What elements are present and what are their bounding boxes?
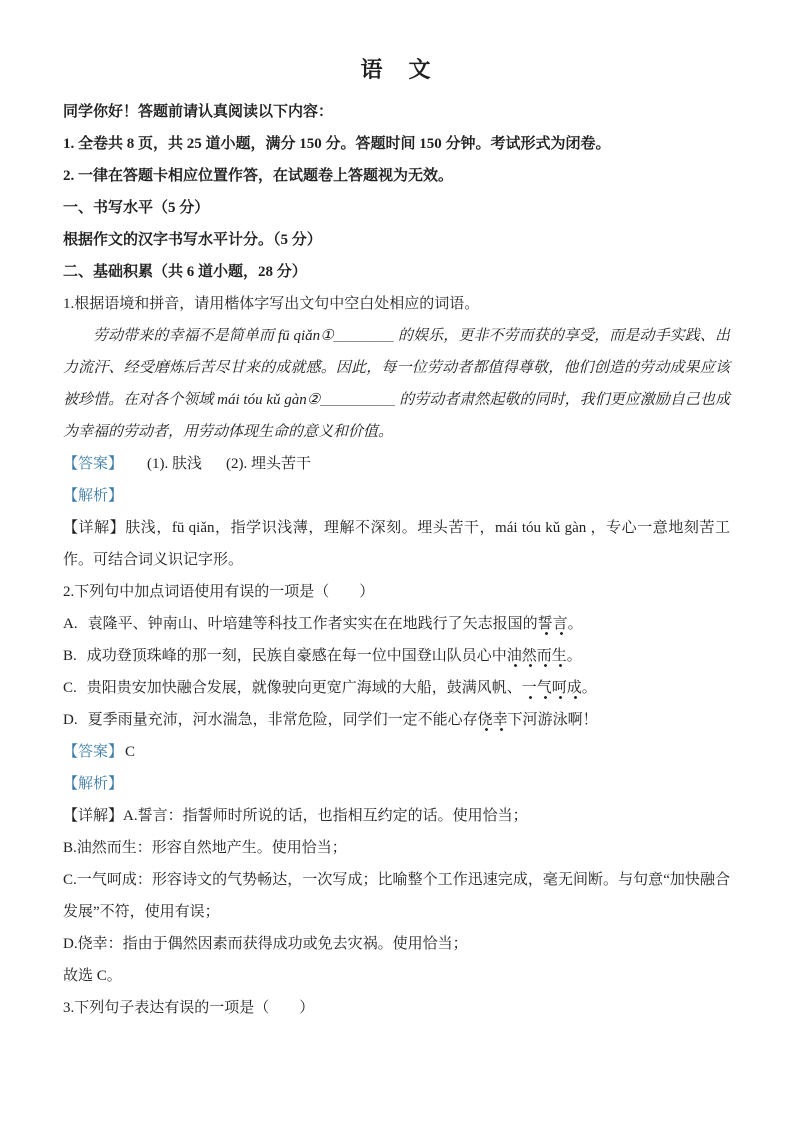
question-2-stem: 2.下列句中加点词语使用有误的一项是（ ） <box>63 576 730 608</box>
answer-label: 【答案】 <box>63 744 123 760</box>
section-writing-body: 根据作文的汉字书写水平计分。（5 分） <box>63 224 730 256</box>
question-2-option-a: A.袁隆平、钟南山、叶培建等科技工作者实实在在地践行了矢志报国的誓言。 <box>63 608 730 640</box>
notice-item-2: 2. 一律在答题卡相应位置作答，在试题卷上答题视为无效。 <box>63 160 730 192</box>
analysis-label: 【解析】 <box>63 776 123 792</box>
question-1-passage: 劳动带来的幸福不是简单而 fū qiǎn①＿＿＿＿ 的娱乐，更非不劳而获的享受，… <box>63 320 730 448</box>
question-3-stem: 3.下列句子表达有误的一项是（ ） <box>63 992 730 1024</box>
question-1-answer-line: 【答案】(1). 肤浅(2). 埋头苦干 <box>63 448 730 480</box>
notice-intro: 同学你好！答题前请认真阅读以下内容： <box>63 96 730 128</box>
option-emphasized-word: 一气呵成 <box>522 680 582 700</box>
question-2-detail-b: B.油然而生：形容自然地产生。使用恰当； <box>63 832 730 864</box>
option-text: 袁隆平、钟南山、叶培建等科技工作者实实在在地践行了矢志报国的 <box>88 616 538 632</box>
option-text: 贵阳贵安加快融合发展，就像驶向更宽广海域的大船，鼓满风帆、 <box>87 680 522 696</box>
question-2-detail-a: 【详解】A.誓言：指誓师时所说的话，也指相互约定的话。使用恰当； <box>63 800 730 832</box>
option-letter: A. <box>63 616 78 632</box>
answer-item-1: (1). 肤浅 <box>147 456 202 472</box>
section-foundation-heading: 二、基础积累（共 6 道小题，28 分） <box>63 256 730 288</box>
option-emphasized-word: 油然而生 <box>507 648 567 668</box>
exam-paper-page: 语 文 同学你好！答题前请认真阅读以下内容： 1. 全卷共 8 页，共 25 道… <box>0 0 793 1122</box>
answer-value: C <box>125 744 135 760</box>
question-2-option-c: C.贵阳贵安加快融合发展，就像驶向更宽广海域的大船，鼓满风帆、一气呵成。 <box>63 672 730 704</box>
option-letter: D. <box>63 712 78 728</box>
option-text-post: 。 <box>568 616 583 632</box>
option-letter: B. <box>63 648 77 664</box>
section-writing-heading: 一、书写水平（5 分） <box>63 192 730 224</box>
question-2-detail-d: D.侥幸：指由于偶然因素而获得成功或免去灾祸。使用恰当； <box>63 928 730 960</box>
question-1-stem: 1.根据语境和拼音，请用楷体字写出文句中空白处相应的词语。 <box>63 288 730 320</box>
option-text: 夏季雨量充沛，河水湍急，非常危险，同学们一定不能心存 <box>88 712 478 728</box>
option-text-post: 。 <box>582 680 597 696</box>
question-2-analysis-label: 【解析】 <box>63 768 730 800</box>
answer-item-2: (2). 埋头苦干 <box>226 456 311 472</box>
question-2-detail-c: C.一气呵成：形容诗文的气势畅达，一次写成；比喻整个工作迅速完成，毫无间断。与句… <box>63 864 730 928</box>
question-2-answer-line: 【答案】C <box>63 736 730 768</box>
answer-label: 【答案】 <box>63 456 123 472</box>
analysis-label: 【解析】 <box>63 488 123 504</box>
fill-in-blank-2: ＿＿＿＿＿ <box>320 392 395 408</box>
notice-item-1: 1. 全卷共 8 页，共 25 道小题，满分 150 分。答题时间 150 分钟… <box>63 128 730 160</box>
option-text: 成功登顶珠峰的那一刻，民族自豪感在每一位中国登山队员心中 <box>87 648 507 664</box>
question-2-option-b: B.成功登顶珠峰的那一刻，民族自豪感在每一位中国登山队员心中油然而生。 <box>63 640 730 672</box>
option-emphasized-word: 誓言 <box>538 616 568 636</box>
question-1-detail: 【详解】肤浅，fū qiǎn，指学识浅薄，理解不深刻。埋头苦干，mái tóu … <box>63 512 730 576</box>
question-2-conclusion: 故选 C。 <box>63 960 730 992</box>
option-text-post: 。 <box>567 648 582 664</box>
question-1-analysis-label: 【解析】 <box>63 480 730 512</box>
page-title: 语 文 <box>63 50 730 90</box>
option-letter: C. <box>63 680 77 696</box>
fill-in-blank-1: ＿＿＿＿ <box>334 328 394 344</box>
question-2-option-d: D.夏季雨量充沛，河水湍急，非常危险，同学们一定不能心存侥幸下河游泳啊！ <box>63 704 730 736</box>
option-emphasized-word: 侥幸 <box>478 712 508 732</box>
passage-segment-1: 劳动带来的幸福不是简单而 fū qiǎn① <box>93 328 334 344</box>
option-text-post: 下河游泳啊！ <box>508 712 598 728</box>
